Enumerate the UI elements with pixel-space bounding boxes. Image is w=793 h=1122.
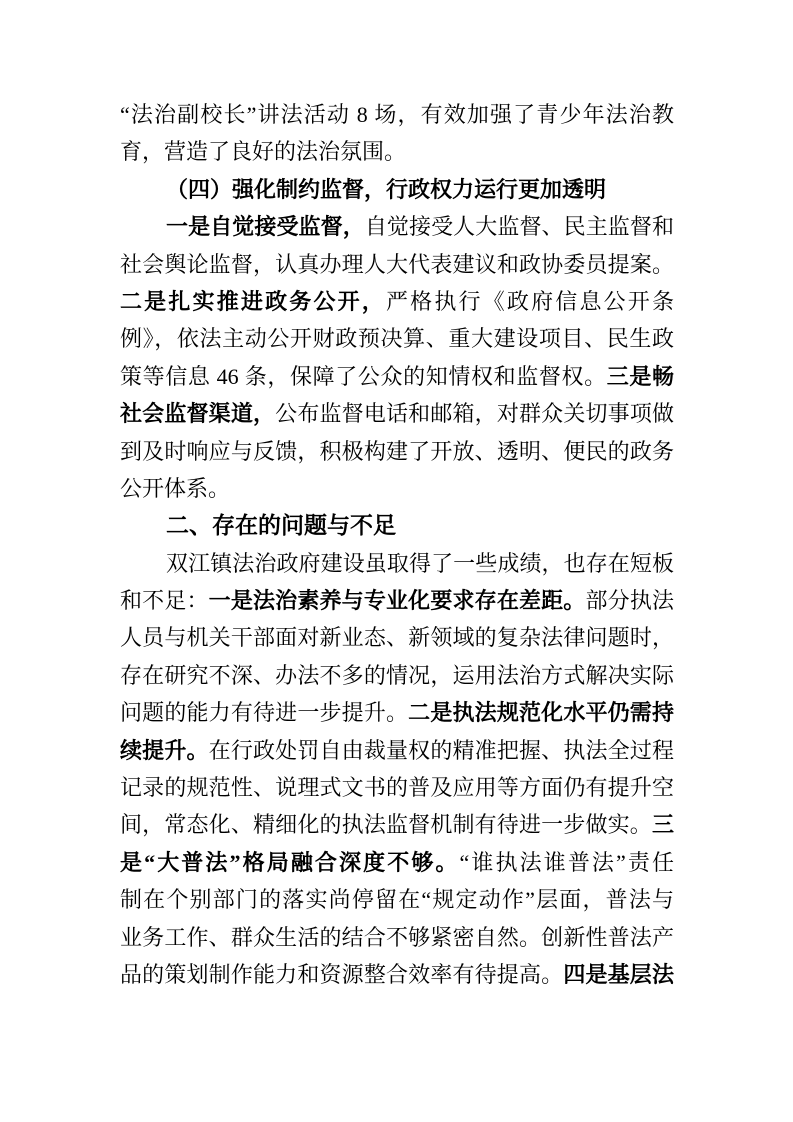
section-heading: 二、存在的问题与不足 bbox=[120, 507, 674, 544]
text-run: 问题的能力有待进一步提升。 bbox=[120, 700, 408, 725]
text-run: 公布监督电话和邮箱，对群众关切事项做 bbox=[275, 401, 674, 426]
bold-text-run: 续提升。 bbox=[120, 738, 209, 763]
text-line: 双江镇法治政府建设虽取得了一些成绩，也存在短板 bbox=[120, 545, 674, 582]
text-run: 品的策划制作能力和资源整合效率有待提高。 bbox=[120, 962, 563, 987]
bold-text-run: 二是执法规范化水平仍需持 bbox=[408, 700, 674, 725]
text-run: 制在个别部门的落实尚停留在“规定动作”层面，普法与 bbox=[120, 887, 674, 912]
text-line: 问题的能力有待进一步提升。二是执法规范化水平仍需持 bbox=[120, 694, 674, 731]
text-line: “法治副校长”讲法活动 8 场，有效加强了青少年法治教 bbox=[120, 96, 674, 133]
bold-text-run: 三 bbox=[652, 812, 674, 837]
text-line: 公开体系。 bbox=[120, 470, 674, 507]
text-line: 是“大普法”格局融合深度不够。“谁执法谁普法”责任 bbox=[120, 844, 674, 881]
text-run: 间，常态化、精细化的执法监督机制有待进一步做实。 bbox=[120, 812, 652, 837]
text-line: 到及时响应与反馈，积极构建了开放、透明、便民的政务 bbox=[120, 433, 674, 470]
text-run: 到及时响应与反馈，积极构建了开放、透明、便民的政务 bbox=[120, 439, 674, 464]
bold-text-run: 是“大普法”格局融合深度不够。 bbox=[120, 850, 460, 875]
text-line: 记录的规范性、说理式文书的普及应用等方面仍有提升空 bbox=[120, 769, 674, 806]
text-line: 策等信息 46 条，保障了公众的知情权和监督权。三是畅通 bbox=[120, 358, 674, 395]
text-line: 业务工作、群众生活的结合不够紧密自然。创新性普法产 bbox=[120, 919, 674, 956]
document-page: “法治副校长”讲法活动 8 场，有效加强了青少年法治教育，营造了良好的法治氛围。… bbox=[0, 0, 793, 1122]
bold-text-run: （四）强化制约监督，行政权力运行更加透明 bbox=[166, 177, 606, 202]
text-run: 策等信息 46 条，保障了公众的知情权和监督权。 bbox=[120, 364, 607, 389]
text-line: 制在个别部门的落实尚停留在“规定动作”层面，普法与 bbox=[120, 881, 674, 918]
text-line: 人员与机关干部面对新业态、新领域的复杂法律问题时， bbox=[120, 619, 674, 656]
text-run: 公开体系。 bbox=[120, 476, 230, 501]
text-run: “谁执法谁普法”责任 bbox=[460, 850, 674, 875]
bold-text-run: 一是法治素养与专业化要求存在差距。 bbox=[209, 588, 586, 613]
text-block: “法治副校长”讲法活动 8 场，有效加强了青少年法治教育，营造了良好的法治氛围。… bbox=[120, 96, 674, 993]
text-line: 一是自觉接受监督，自觉接受人大监督、民主监督和 bbox=[120, 208, 674, 245]
text-run: 人员与机关干部面对新业态、新领域的复杂法律问题时， bbox=[120, 625, 674, 650]
text-run: 和不足： bbox=[120, 588, 209, 613]
text-run: 部分执法 bbox=[585, 588, 674, 613]
text-run: “法治副校长”讲法活动 8 场，有效加强了青少年法治教 bbox=[120, 102, 674, 127]
text-line: 例》，依法主动公开财政预决算、重大建设项目、民生政 bbox=[120, 320, 674, 357]
text-run: 例》，依法主动公开财政预决算、重大建设项目、民生政 bbox=[120, 326, 674, 351]
text-line: 育，营造了良好的法治氛围。 bbox=[120, 133, 674, 170]
subsection-heading: （四）强化制约监督，行政权力运行更加透明 bbox=[120, 171, 674, 208]
text-line: 社会监督渠道，公布监督电话和邮箱，对群众关切事项做 bbox=[120, 395, 674, 432]
bold-text-run: 二、存在的问题与不足 bbox=[166, 512, 396, 538]
text-run: 双江镇法治政府建设虽取得了一些成绩，也存在短板 bbox=[166, 551, 674, 576]
bold-text-run: 二是扎实推进政务公开， bbox=[120, 289, 386, 314]
text-line: 存在研究不深、办法不多的情况，运用法治方式解决实际 bbox=[120, 657, 674, 694]
bold-text-run: 社会监督渠道， bbox=[120, 401, 275, 426]
text-line: 社会舆论监督，认真办理人大代表建议和政协委员提案。 bbox=[120, 246, 674, 283]
text-line: 二是扎实推进政务公开，严格执行《政府信息公开条 bbox=[120, 283, 674, 320]
text-run: 记录的规范性、说理式文书的普及应用等方面仍有提升空 bbox=[120, 775, 674, 800]
text-run: 在行政处罚自由裁量权的精准把握、执法全过程 bbox=[209, 738, 674, 763]
text-run: 社会舆论监督，认真办理人大代表建议和政协委员提案。 bbox=[120, 252, 674, 277]
text-line: 品的策划制作能力和资源整合效率有待提高。四是基层法 bbox=[120, 956, 674, 993]
text-run: 业务工作、群众生活的结合不够紧密自然。创新性普法产 bbox=[120, 925, 674, 950]
text-line: 和不足：一是法治素养与专业化要求存在差距。部分执法 bbox=[120, 582, 674, 619]
bold-text-run: 一是自觉接受监督， bbox=[166, 214, 365, 239]
text-run: 育，营造了良好的法治氛围。 bbox=[120, 139, 406, 164]
text-line: 续提升。在行政处罚自由裁量权的精准把握、执法全过程 bbox=[120, 732, 674, 769]
text-line: 间，常态化、精细化的执法监督机制有待进一步做实。三 bbox=[120, 806, 674, 843]
bold-text-run: 四是基层法 bbox=[563, 962, 674, 987]
text-run: 存在研究不深、办法不多的情况，运用法治方式解决实际 bbox=[120, 663, 674, 688]
text-run: 自觉接受人大监督、民主监督和 bbox=[365, 214, 674, 239]
text-run: 严格执行《政府信息公开条 bbox=[386, 289, 674, 314]
